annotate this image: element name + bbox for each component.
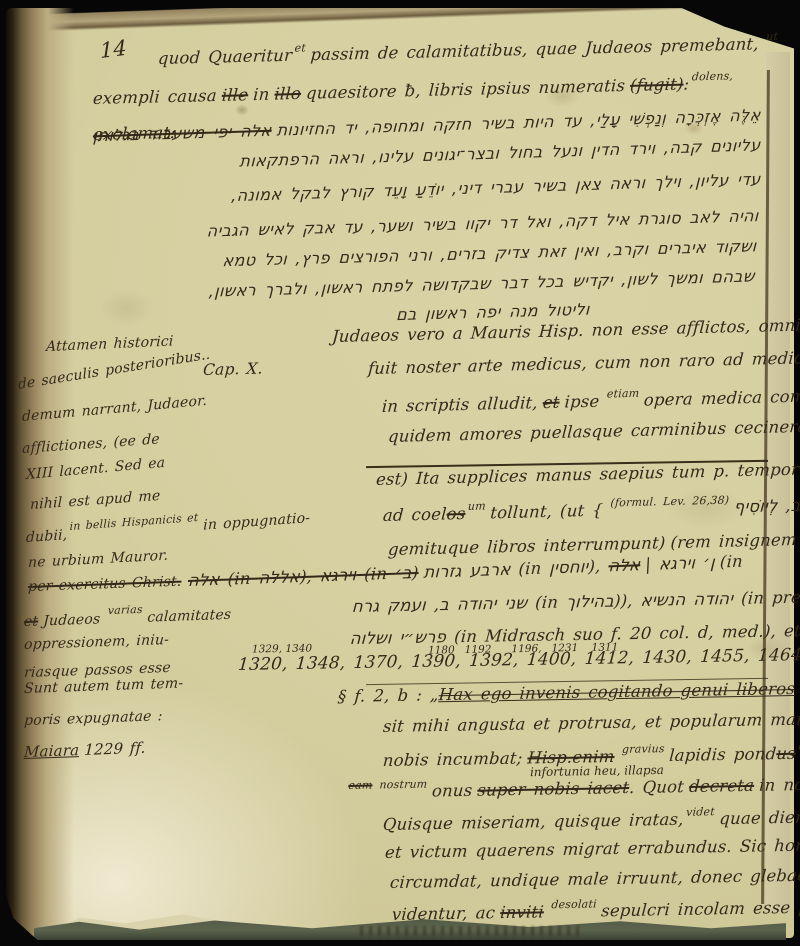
text-seg: quod Quaeritur bbox=[157, 46, 292, 68]
text-seg: ipse bbox=[564, 392, 600, 412]
text-seg: (in bbox=[719, 552, 743, 572]
text-seg: opera medica compone bbox=[643, 386, 800, 410]
inserted-word: um bbox=[467, 499, 486, 512]
inserted-word: nostrum bbox=[379, 778, 428, 792]
text-seg: sepulcri incolam esse placet. Nemo iam i… bbox=[601, 895, 800, 921]
text-seg: quae diem caedunt, virgas, bbox=[719, 805, 800, 828]
text-seg: onus bbox=[431, 781, 473, 801]
struck-hebrew: אלה bbox=[608, 555, 641, 575]
struck-word: (fugit) bbox=[630, 75, 685, 95]
inserted-word: gravius bbox=[622, 742, 666, 756]
struck-word: et bbox=[23, 613, 38, 630]
text-seg: § f. 2, b : „ bbox=[337, 685, 439, 706]
inserted-word: videt bbox=[686, 805, 716, 819]
struck-insert: eam bbox=[348, 779, 373, 792]
inserted-word: etiam bbox=[606, 387, 639, 401]
text-seg: in nos bbox=[759, 775, 800, 795]
struck-word: decreta bbox=[688, 776, 754, 796]
text-seg: tollunt, (ut { bbox=[490, 501, 604, 523]
underlined-word: Maiara bbox=[24, 741, 80, 761]
margin-text: dubii, bbox=[26, 527, 68, 546]
text-seg: . Quot bbox=[629, 777, 685, 797]
caput-heading: Cap. X. bbox=[202, 360, 268, 379]
struck-phrase: super nobis iacet bbox=[477, 778, 630, 800]
inserted-word: desolati bbox=[551, 897, 597, 911]
text-seg: in scriptis alludit, bbox=[381, 393, 538, 416]
text-seg: lapidis pond bbox=[669, 744, 777, 765]
struck-word: ille bbox=[221, 85, 249, 105]
inserted-word: varias bbox=[107, 603, 143, 617]
struck-word: os bbox=[446, 504, 466, 523]
struck-word: us bbox=[776, 744, 797, 763]
page-number: 14 bbox=[100, 37, 128, 63]
margin-text: 1229 ff. bbox=[84, 739, 146, 759]
inserted-word: dolens, bbox=[691, 69, 733, 83]
inserted-ref: (formul. Lev. 26,38) bbox=[610, 494, 730, 510]
text-seg: exempli causa bbox=[92, 86, 217, 108]
text-seg: : bbox=[683, 74, 690, 93]
inserted-phrase: infortunia heu, illapsa bbox=[530, 763, 664, 779]
text-seg: nobis incumbat; bbox=[382, 749, 523, 770]
struck-word: inviti bbox=[500, 902, 545, 922]
page-number-text: 14 bbox=[100, 36, 128, 63]
hebrew-text: הָאֵל ב, אזכרה ב, יוסף הרב, לְיוֹסִיף bbox=[733, 491, 800, 517]
inserted-word: ut bbox=[766, 30, 779, 43]
scanned-manuscript-photo: { "colors": {"ink":"#33281a","paper":"#d… bbox=[0, 0, 800, 946]
struck-word: et bbox=[542, 393, 560, 412]
text-seg: in bbox=[253, 85, 271, 104]
margin-text: calamitates bbox=[147, 607, 232, 626]
insert-infortunia: infortunia heu, illapsa bbox=[530, 763, 664, 779]
inserted-word: et bbox=[294, 41, 306, 54]
bottom-faint-writing bbox=[360, 926, 580, 936]
struck-word: illo bbox=[274, 84, 302, 104]
text-seg: ad coel bbox=[382, 504, 447, 525]
margin-text: Judaeos bbox=[43, 611, 101, 629]
